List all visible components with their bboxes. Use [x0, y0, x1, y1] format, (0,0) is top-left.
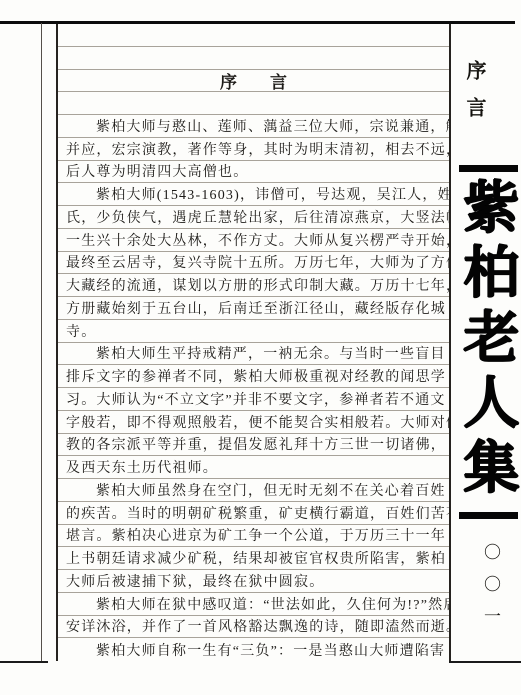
page-number: 〇〇一: [482, 543, 499, 639]
text-line: 大藏经的流通，谋划以方册的形式印制大藏。万历十七年，: [58, 274, 449, 297]
section-title-row: 序言: [58, 70, 449, 93]
empty-line: [58, 92, 449, 115]
text-line: 大师后被逮捕下狱，最终在狱中圆寂。: [58, 570, 449, 593]
text-line: 安详沐浴，并作了一首风格豁达飘逸的诗，随即溘然而逝。: [58, 616, 449, 639]
text-line: 堪言。紫柏决心进京为矿工争一个公道，于万历三十一年: [58, 525, 449, 548]
text-line: 氏，少负侠气，遇虎丘慧轮出家，后往清凉燕京，大竖法幢，: [58, 206, 449, 229]
text-line: 上书朝廷请求减少矿税，结果却被宦官权贵所陷害，紫柏: [58, 547, 449, 570]
text-line: 字般若，即不得观照般若，便不能契合实相般若。大师对佛: [58, 411, 449, 434]
sidebar-bottom-bar: [459, 512, 518, 519]
text-line: 紫柏大师虽然身在空门，但无时无刻不在关心着百姓: [58, 479, 449, 502]
text-line: 紫柏大师与憨山、莲师、蕅益三位大师，宗说兼通，解行: [58, 115, 449, 138]
scanned-book-page: 序言紫柏大师与憨山、莲师、蕅益三位大师，宗说兼通，解行并应，宏宗演教，著作等身，…: [0, 0, 521, 695]
text-line: 紫柏大师生平持戒精严，一衲无余。与当时一些盲目: [58, 343, 449, 366]
text-line: 紫柏大师(1543-1603)，讳僧可，号达观，吴江人，姓沈: [58, 183, 449, 206]
text-line: 及西天东土历代祖师。: [58, 456, 449, 479]
main-text-area: 序言紫柏大师与憨山、莲师、蕅益三位大师，宗说兼通，解行并应，宏宗演教，著作等身，…: [56, 24, 451, 661]
text-line: 一生兴十余处大丛林，不作方丈。大师从复兴楞严寺开始，: [58, 229, 449, 252]
text-line: 寺。: [58, 320, 449, 343]
text-line: 后人尊为明清四大高僧也。: [58, 161, 449, 184]
text-line: 紫柏大师在狱中感叹道：“世法如此，久住何为!?”然后: [58, 593, 449, 616]
text-line: 最终至云居寺，复兴寺院十五所。万历七年，大师为了方便: [58, 252, 449, 275]
bottom-left-border-line: [0, 661, 48, 663]
text-line: 排斥文字的参禅者不同，紫柏大师极重视对经教的闻思学: [58, 365, 449, 388]
left-spine-line: [41, 23, 42, 662]
text-line: 教的各宗派平等并重，提倡发愿礼拜十方三世一切诸佛，: [58, 434, 449, 457]
sidebar-section-label: 序言: [464, 60, 484, 134]
text-line: 并应，宏宗演教，著作等身，其时为明末清初，相去不远，故: [58, 138, 449, 161]
bottom-right-border-line: [449, 661, 521, 663]
book-title: 紫柏老人集: [456, 178, 516, 503]
empty-line: [58, 24, 449, 47]
section-title: 序言: [220, 70, 320, 93]
text-line: 方册藏始刻于五台山，后南迁至浙江径山，藏经版存化城: [58, 297, 449, 320]
text-line: 的疾苦。当时的明朝矿税繁重，矿吏横行霸道，百姓们苦不: [58, 502, 449, 525]
text-line: 习。大师认为“不立文字”并非不要文字，参禅者若不通文: [58, 388, 449, 411]
sidebar-top-bar: [459, 165, 518, 172]
text-line: 紫柏大师自称一生有“三负”：一是当憨山大师遭陷害: [58, 638, 449, 661]
empty-line: [58, 47, 449, 70]
